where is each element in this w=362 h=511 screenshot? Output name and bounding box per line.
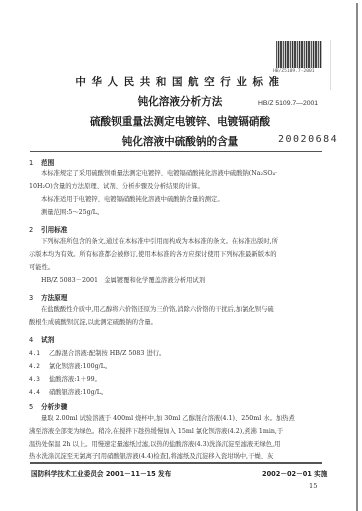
- doc-title-line-2: 硫酸钡重量法测定电镀锌、电镀镉硝酸: [60, 114, 300, 129]
- body-text: 测量范围:5～25g/L。: [41, 209, 103, 217]
- reagent-item: 4.2氯化钡溶液:100g/L。: [29, 361, 111, 370]
- standard-code: HB/Z 5109.7—2001: [258, 100, 318, 107]
- barcode-image: [276, 41, 322, 68]
- body-text: 下列标准所包含的条文,通过在本标准中引用而构成为本标准的条文。在标准出版时,所: [41, 238, 278, 246]
- body-text: 示版本均为有效。所有标准都会被修订,使用本标准的各方应探讨使用下列标准最新版本的: [29, 251, 277, 259]
- body-text: 温热处保温 2h 以上。用慢速定量滤纸过滤,以热的盐酸溶液(4.3)洗涤沉淀至滤…: [29, 441, 280, 449]
- reagent-item: 4.1乙醇混合溶液:配制按 HB/Z 5083 进行。: [29, 348, 165, 357]
- org-title: 中华人民共和国航空行业标准: [0, 74, 330, 89]
- body-text: 本标准规定了采用硫酸钡重量法测定电镀锌、电镀镉硝酸钝化溶液中硫酸钠(Na₂SO₄…: [41, 170, 277, 178]
- reagent-item: 4.3盐酸溶液:1＋99。: [29, 374, 101, 383]
- reagent-item: 4.4硝酸银溶液:10g/L。: [29, 387, 107, 396]
- section-heading-scope: 1范围: [29, 157, 54, 167]
- reference-standard: HB/Z 5083－2001 金属镀覆和化学覆盖溶液分析用试剂: [41, 277, 205, 285]
- barcode-frame-line: [330, 40, 331, 90]
- doc-title-line-3: 钝化溶液中硫酸钠的含量: [60, 134, 300, 149]
- body-text: 可能性。: [29, 264, 54, 272]
- implementation-date: 2002－02－01 实施: [262, 468, 327, 478]
- page-edge-line: [356, 3, 358, 511]
- section-heading-procedure: 5分析步骤: [29, 401, 67, 411]
- body-text: 量取 2.00ml 试验溶液于 400ml 烧杯中,加 30ml 乙醇混合溶液(…: [41, 415, 295, 423]
- body-text: 沸至溶液全部变为绿色。稍冷,在搅拌下趁热缓慢加入 15ml 氯化钡溶液(4.2)…: [29, 428, 283, 436]
- issue-info: 国防科学技术工业委员会 2001－11－15 发布: [31, 468, 171, 478]
- page-number: 15: [309, 482, 317, 490]
- section-heading-reagents: 4试剂: [29, 334, 54, 344]
- body-text: 在盐酸酸性介质中,用乙醇将六价铬还原为三价铬,消除六价铬的干扰后,加氯化钡与硫: [41, 306, 274, 314]
- body-text: 热水洗涤沉淀至无氯离子[用硝酸银溶液(4.4)检查],将滤纸及沉淀移入瓷坩埚中,…: [29, 453, 273, 461]
- body-text: 本标准适用于电镀锌、电镀镉硝酸钝化溶液中硫酸钠含量的测定。: [41, 196, 224, 204]
- footer-divider: [30, 462, 322, 464]
- title-divider: [30, 151, 322, 152]
- document-number: 20020684: [278, 134, 338, 145]
- section-heading-principle: 3方法原理: [29, 292, 67, 302]
- body-text: 酸根生成硫酸钡沉淀,以此测定硫酸钠的含量。: [29, 319, 157, 327]
- body-text: 10H₂O)含量的方法原理、试剂、分析步骤及分析结果的计算。: [29, 183, 204, 191]
- section-heading-references: 2引用标准: [29, 224, 67, 234]
